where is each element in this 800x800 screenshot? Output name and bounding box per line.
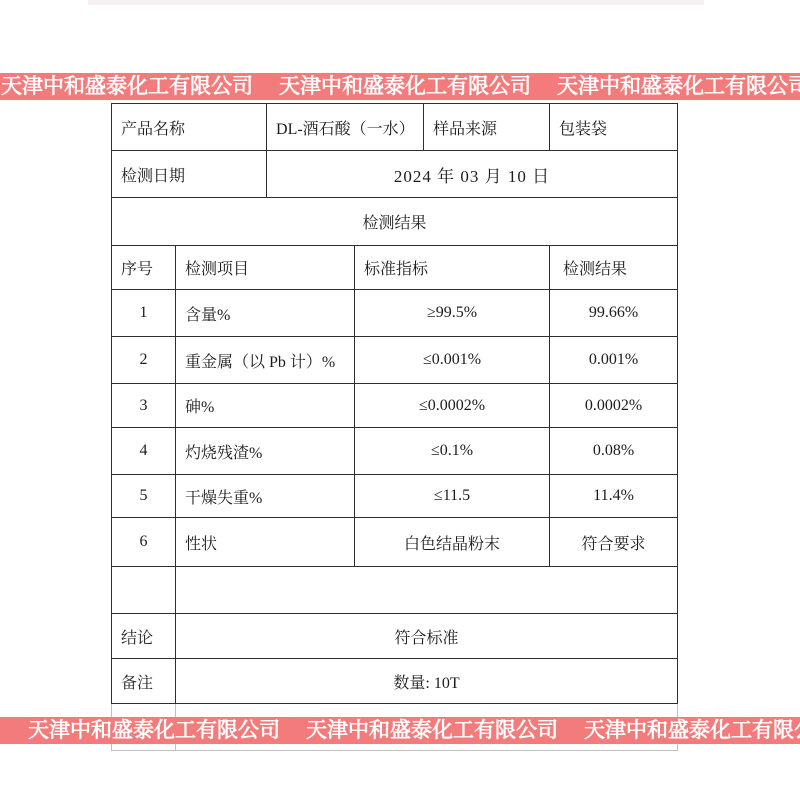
header-no: 序号 [112,246,176,290]
sample-source-value: 包装袋 [550,104,678,151]
inspection-report-table: 产品名称 DL-酒石酸（一水） 样品来源 包装袋 检测日期 2024 年 03 … [111,103,678,751]
row-no: 2 [112,337,176,384]
watermark-band-top: 天津中和盛泰化工有限公司 天津中和盛泰化工有限公司 天津中和盛泰化工有限公司 [0,73,800,100]
watermark-company-text: 天津中和盛泰化工有限公司 [1,73,253,100]
sample-source-label: 样品来源 [424,104,550,151]
row-no: 1 [112,290,176,337]
conclusion-row: 结论 符合标准 [112,614,678,659]
table-row: 5 干燥失重% ≤11.5 11.4% [112,475,678,518]
row-standard: ≥99.5% [355,290,550,337]
row-result: 11.4% [550,475,678,518]
row-no: 4 [112,428,176,475]
top-partial-watermark-band [88,0,704,5]
product-row: 产品名称 DL-酒石酸（一水） 样品来源 包装袋 [112,104,678,151]
row-result: 0.08% [550,428,678,475]
row-item: 灼烧残渣% [176,428,355,475]
date-row: 检测日期 2024 年 03 月 10 日 [112,151,678,198]
header-result: 检测结果 [550,246,678,290]
inspection-report: 产品名称 DL-酒石酸（一水） 样品来源 包装袋 检测日期 2024 年 03 … [111,103,678,751]
row-no: 5 [112,475,176,518]
test-date-label: 检测日期 [112,151,267,198]
watermark-band-bottom: 天津中和盛泰化工有限公司 天津中和盛泰化工有限公司 天津中和盛泰化工有限公司 [0,717,800,744]
table-row: 1 含量% ≥99.5% 99.66% [112,290,678,337]
watermark-company-text: 天津中和盛泰化工有限公司 [28,717,280,744]
row-item: 干燥失重% [176,475,355,518]
row-item: 含量% [176,290,355,337]
conclusion-value: 符合标准 [176,614,678,659]
remark-row: 备注 数量: 10T [112,659,678,704]
table-row: 2 重金属（以 Pb 计）% ≤0.001% 0.001% [112,337,678,384]
table-row: 6 性状 白色结晶粉末 符合要求 [112,518,678,567]
row-standard: ≤0.1% [355,428,550,475]
empty-row [112,567,678,614]
remark-value: 数量: 10T [176,659,678,704]
page: { "watermark": { "company": "天津中和盛泰化工有限公… [0,0,800,800]
row-item: 性状 [176,518,355,567]
row-standard: ≤0.001% [355,337,550,384]
row-item: 砷% [176,384,355,428]
watermark-company-text: 天津中和盛泰化工有限公司 [279,73,531,100]
results-header-row: 序号 检测项目 标准指标 检测结果 [112,246,678,290]
section-title: 检测结果 [112,198,678,246]
row-result: 符合要求 [550,518,678,567]
row-standard: ≤11.5 [355,475,550,518]
row-standard: ≤0.0002% [355,384,550,428]
watermark-company-text: 天津中和盛泰化工有限公司 [557,73,800,100]
row-result: 0.0002% [550,384,678,428]
table-row: 4 灼烧残渣% ≤0.1% 0.08% [112,428,678,475]
row-result: 0.001% [550,337,678,384]
row-result: 99.66% [550,290,678,337]
conclusion-label: 结论 [112,614,176,659]
remark-label: 备注 [112,659,176,704]
test-date-value: 2024 年 03 月 10 日 [267,151,678,198]
empty-cell [112,567,176,614]
row-no: 3 [112,384,176,428]
section-title-row: 检测结果 [112,198,678,246]
row-no: 6 [112,518,176,567]
table-row: 3 砷% ≤0.0002% 0.0002% [112,384,678,428]
empty-cell [176,567,678,614]
product-name-value: DL-酒石酸（一水） [267,104,424,151]
product-name-label: 产品名称 [112,104,267,151]
row-standard: 白色结晶粉末 [355,518,550,567]
header-standard: 标准指标 [355,246,550,290]
row-item: 重金属（以 Pb 计）% [176,337,355,384]
watermark-company-text: 天津中和盛泰化工有限公司 [306,717,558,744]
header-item: 检测项目 [176,246,355,290]
watermark-company-text: 天津中和盛泰化工有限公司 [584,717,800,744]
